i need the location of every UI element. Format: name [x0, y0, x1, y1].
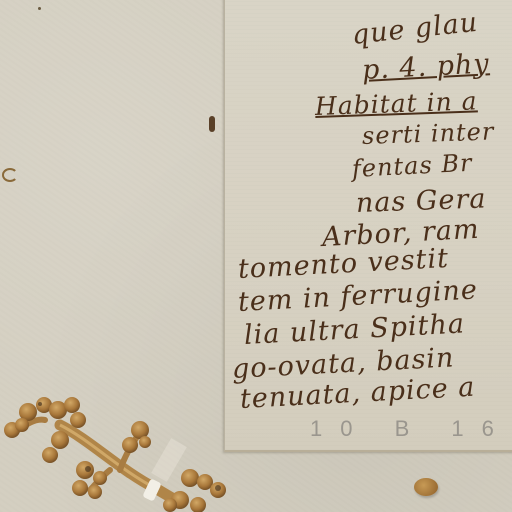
plant-fragment [2, 168, 18, 182]
paper-speck [38, 7, 41, 10]
plant-fragment [209, 116, 215, 132]
label-line: serti inter [362, 117, 495, 150]
loose-seed [414, 478, 438, 496]
dried-plant-specimen [0, 380, 240, 512]
label-line: Habitat in a [314, 86, 478, 121]
pencil-annotation: 10 B 16 [310, 416, 512, 442]
